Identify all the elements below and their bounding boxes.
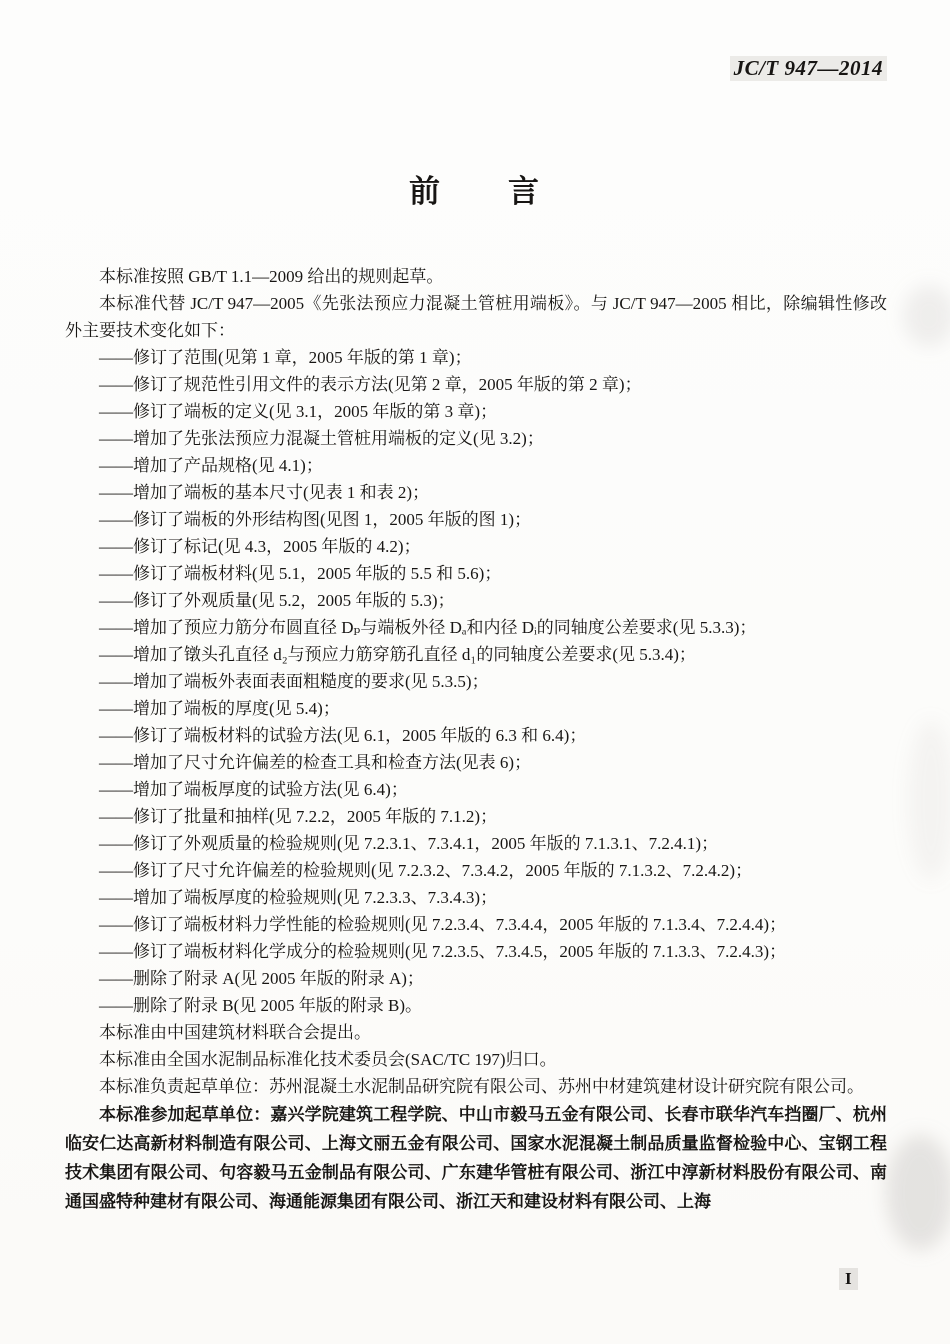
scanned-standard-page: JC/T 947—2014 前 言 本标准按照 GB/T 1.1—2009 给出… xyxy=(0,0,950,1344)
closing-paragraph-participating-drafting-units: 本标准参加起草单位：嘉兴学院建筑工程学院、中山市毅马五金有限公司、长春市联华汽车… xyxy=(65,1100,887,1216)
change-item: ——修订了标记(见 4.3，2005 年版的 4.2)； xyxy=(65,533,887,560)
change-item: ——增加了端板外表面表面粗糙度的要求(见 5.3.5)； xyxy=(65,668,887,695)
page-number: I xyxy=(839,1268,858,1290)
intro-paragraph-replaces: 本标准代替 JC/T 947—2005《先张法预应力混凝土管桩用端板》。与 JC… xyxy=(65,290,887,344)
change-item: ——增加了产品规格(见 4.1)； xyxy=(65,452,887,479)
scan-artifact xyxy=(908,720,950,880)
change-item: ——修订了端板材料化学成分的检验规则(见 7.2.3.5、7.3.4.5，200… xyxy=(65,938,887,965)
change-item: ——修订了批量和抽样(见 7.2.2，2005 年版的 7.1.2)； xyxy=(65,803,887,830)
change-item: ——修订了端板的外形结构图(见图 1，2005 年版的图 1)； xyxy=(65,506,887,533)
intro-paragraph-drafting-rule: 本标准按照 GB/T 1.1—2009 给出的规则起草。 xyxy=(65,263,887,290)
scan-artifact xyxy=(903,285,950,347)
change-item: ——删除了附录 B(见 2005 年版的附录 B)。 xyxy=(65,992,887,1019)
change-item: ——修订了端板材料力学性能的检验规则(见 7.2.3.4、7.3.4.4，200… xyxy=(65,911,887,938)
change-item: ——修订了端板材料的试验方法(见 6.1，2005 年版的 6.3 和 6.4)… xyxy=(65,722,887,749)
change-item: ——修订了尺寸允许偏差的检验规则(见 7.2.3.2、7.3.4.2，2005 … xyxy=(65,857,887,884)
change-item: ——增加了端板厚度的检验规则(见 7.2.3.3、7.3.4.3)； xyxy=(65,884,887,911)
change-item: ——修订了规范性引用文件的表示方法(见第 2 章，2005 年版的第 2 章)； xyxy=(65,371,887,398)
scan-artifact xyxy=(886,1135,950,1250)
change-item: ——增加了端板的基本尺寸(见表 1 和表 2)； xyxy=(65,479,887,506)
change-item: ——增加了尺寸允许偏差的检查工具和检查方法(见表 6)； xyxy=(65,749,887,776)
change-item: ——增加了端板厚度的试验方法(见 6.4)； xyxy=(65,776,887,803)
page-title: 前 言 xyxy=(0,166,950,211)
closing-paragraph-centralized-by: 本标准由全国水泥制品标准化技术委员会(SAC/TC 197)归口。 xyxy=(65,1046,887,1073)
change-item: ——增加了端板的厚度(见 5.4)； xyxy=(65,695,887,722)
change-item: ——增加了镦头孔直径 d₂与预应力筋穿筋孔直径 d₁的同轴度公差要求(见 5.3… xyxy=(65,641,887,668)
change-item: ——修订了外观质量的检验规则(见 7.2.3.1、7.3.4.1，2005 年版… xyxy=(65,830,887,857)
change-list: ——修订了范围(见第 1 章，2005 年版的第 1 章)；——修订了规范性引用… xyxy=(65,344,887,1019)
change-item: ——修订了端板的定义(见 3.1，2005 年版的第 3 章)； xyxy=(65,398,887,425)
change-item: ——增加了先张法预应力混凝土管桩用端板的定义(见 3.2)； xyxy=(65,425,887,452)
document-body: 本标准按照 GB/T 1.1—2009 给出的规则起草。 本标准代替 JC/T … xyxy=(65,263,887,1216)
change-item: ——修订了端板材料(见 5.1，2005 年版的 5.5 和 5.6)； xyxy=(65,560,887,587)
change-item: ——修订了范围(见第 1 章，2005 年版的第 1 章)； xyxy=(65,344,887,371)
change-item: ——增加了预应力筋分布圆直径 Dₚ与端板外径 Dₐ和内径 Dᵢ的同轴度公差要求(… xyxy=(65,614,887,641)
closing-paragraph-chief-drafting-units: 本标准负责起草单位：苏州混凝土水泥制品研究院有限公司、苏州中材建筑建材设计研究院… xyxy=(65,1073,887,1100)
closing-paragraph-proposed-by: 本标准由中国建筑材料联合会提出。 xyxy=(65,1019,887,1046)
change-item: ——修订了外观质量(见 5.2，2005 年版的 5.3)； xyxy=(65,587,887,614)
standard-code: JC/T 947—2014 xyxy=(730,56,887,81)
page-header: JC/T 947—2014 xyxy=(0,56,887,81)
change-item: ——删除了附录 A(见 2005 年版的附录 A)； xyxy=(65,965,887,992)
